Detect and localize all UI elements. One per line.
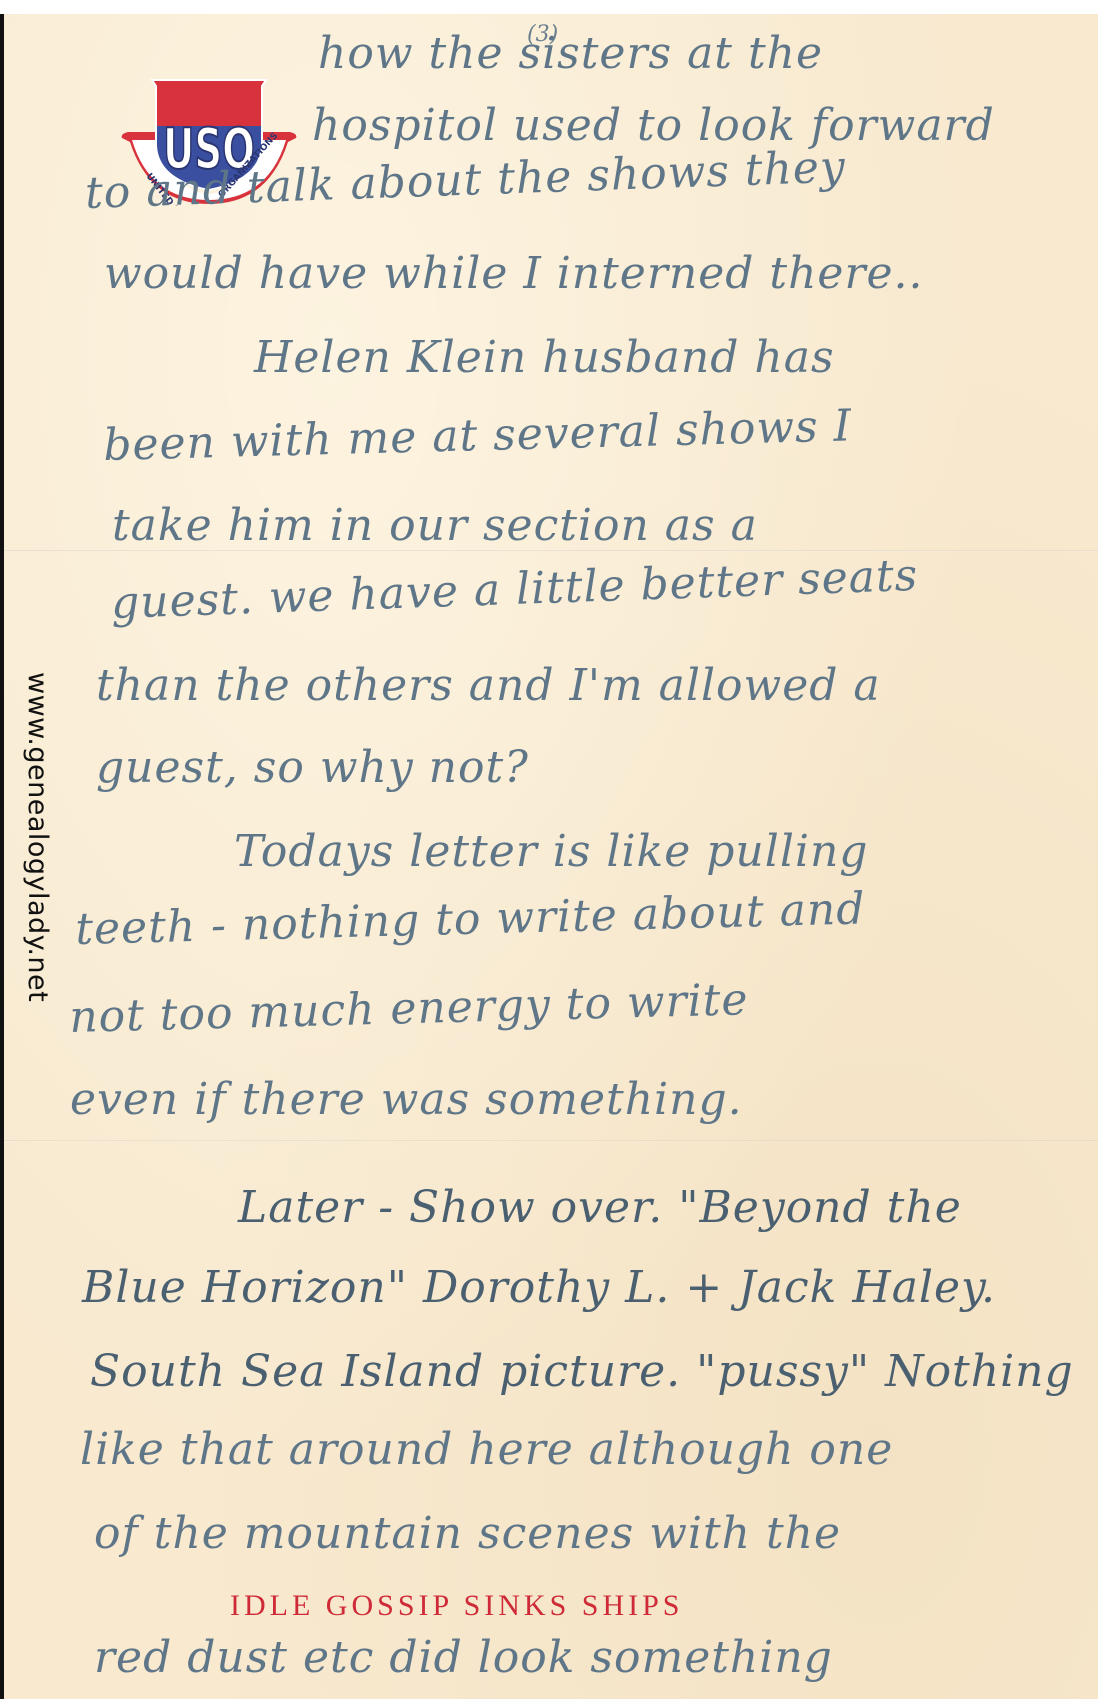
letter-line: Later - Show over. "Beyond the	[238, 1182, 962, 1233]
letter-line: red dust etc did look something	[94, 1632, 833, 1683]
letter-line: Helen Klein husband has	[254, 332, 835, 383]
letter-line: of the mountain scenes with the	[94, 1508, 841, 1559]
letter-line: Todays letter is like pulling	[234, 826, 868, 877]
slogan: IDLE GOSSIP SINKS SHIPS	[230, 1589, 683, 1623]
letter-line: would have while I interned there..	[104, 248, 924, 299]
watermark-url: www.genealogylady.net	[22, 672, 53, 1002]
letter-line: than the others and I'm allowed a	[96, 660, 881, 711]
letter-line: guest, so why not?	[96, 742, 529, 793]
letter-line: Blue Horizon" Dorothy L. + Jack Haley.	[82, 1262, 996, 1313]
letter-line: like that around here although one	[80, 1424, 893, 1475]
letter-line: how the sisters at the	[318, 28, 823, 79]
fold-line	[4, 1140, 1098, 1142]
letter-line: hospitol used to look forward	[312, 100, 995, 151]
letter-line: South Sea Island picture. "pussy" Nothin…	[90, 1346, 1074, 1397]
letter-line: take him in our section as a	[112, 500, 758, 551]
letter-line: even if there was something.	[70, 1074, 743, 1125]
